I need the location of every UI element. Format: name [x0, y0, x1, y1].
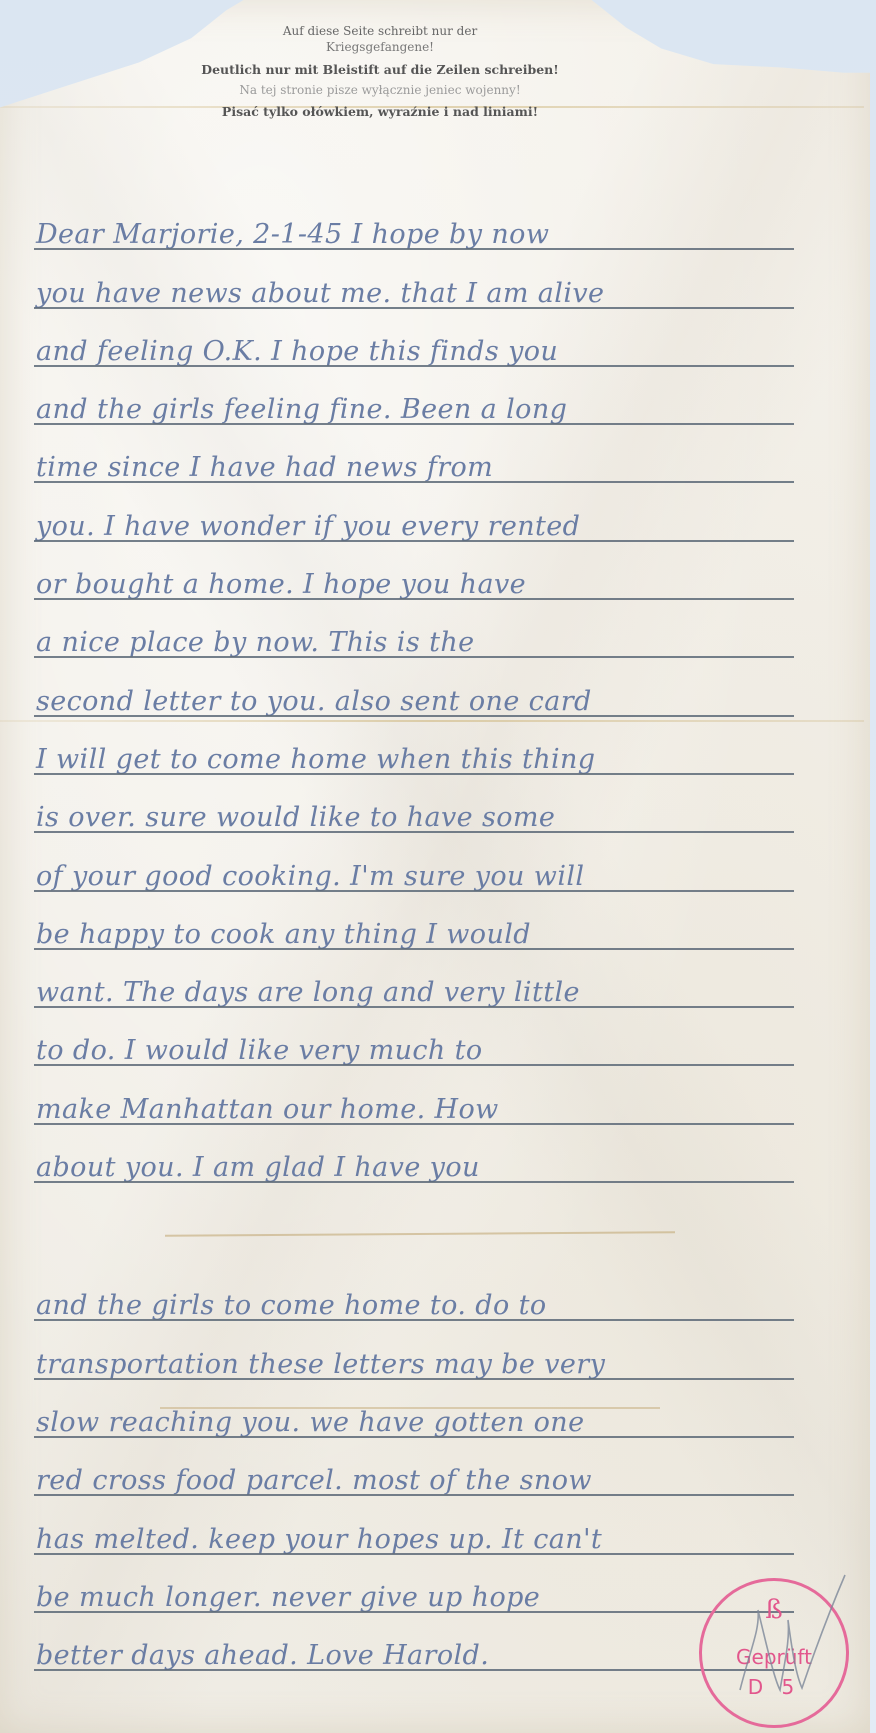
header-line-german-3: Deutlich nur mit Bleistift auf die Zeile… [150, 60, 610, 79]
header-line-german-2: Kriegsgefangene! [150, 38, 610, 57]
handwritten-letter: Dear Marjorie, 2-1-45 I hope by nowyou h… [34, 192, 794, 1671]
ruled-line [34, 1181, 794, 1183]
handwritten-text: want. The days are long and very little [36, 979, 580, 1006]
handwritten-text: better days ahead. Love Harold. [36, 1642, 489, 1669]
letter-line: and the girls to come home to. do to [34, 1263, 794, 1321]
letter-line: transportation these letters may be very [34, 1321, 794, 1379]
letter-line: be much longer. never give up hope [34, 1555, 794, 1613]
letter-line: better days ahead. Love Harold. [34, 1613, 794, 1671]
header-line-polish-2: Pisać tylko ołówkiem, wyraźnie i nad lin… [150, 102, 610, 121]
censor-stamp-text: Geprüft [702, 1645, 846, 1669]
handwritten-text: and the girls feeling fine. Been a long [36, 396, 567, 423]
handwritten-text: time since I have had news from [36, 454, 493, 481]
letter-line: of your good cooking. I'm sure you will [34, 833, 794, 891]
handwritten-text: make Manhattan our home. How [36, 1096, 499, 1123]
letter-line: a nice place by now. This is the [34, 600, 794, 658]
letter-line: to do. I would like very much to [34, 1008, 794, 1066]
letter-line: and the girls feeling fine. Been a long [34, 367, 794, 425]
letter-line: or bought a home. I hope you have [34, 542, 794, 600]
letter-line: has melted. keep your hopes up. It can't [34, 1496, 794, 1554]
handwritten-text: transportation these letters may be very [36, 1351, 605, 1378]
letter-line: and feeling O.K. I hope this finds you [34, 309, 794, 367]
handwritten-text: to do. I would like very much to [36, 1037, 483, 1064]
letter-line: you. I have wonder if you every rented [34, 483, 794, 541]
letter-line: time since I have had news from [34, 425, 794, 483]
letter-line: be happy to cook any thing I would [34, 892, 794, 950]
handwritten-text: be much longer. never give up hope [36, 1584, 540, 1611]
letter-line: you have news about me. that I am alive [34, 250, 794, 308]
printed-header: Auf diese Seite schreibt nur der Kriegsg… [150, 22, 610, 121]
handwritten-text: or bought a home. I hope you have [36, 571, 526, 598]
handwritten-text: a nice place by now. This is the [36, 629, 475, 656]
letter-line: about you. I am glad I have you [34, 1125, 794, 1183]
ruled-line [34, 1669, 794, 1671]
handwritten-text: and feeling O.K. I hope this finds you [36, 338, 558, 365]
handwritten-text: red cross food parcel. most of the snow [36, 1467, 592, 1494]
handwritten-text: is over. sure would like to have some [36, 804, 555, 831]
handwritten-text: and the girls to come home to. do to [36, 1292, 547, 1319]
handwritten-text: be happy to cook any thing I would [36, 921, 531, 948]
handwritten-text: has melted. keep your hopes up. It can't [36, 1526, 602, 1553]
handwritten-text: you have news about me. that I am alive [36, 280, 604, 307]
letter-line: slow reaching you. we have gotten one [34, 1380, 794, 1438]
handwritten-text: you. I have wonder if you every rented [36, 513, 580, 540]
blank-gap [34, 1183, 794, 1263]
letter-line: make Manhattan our home. How [34, 1066, 794, 1124]
handwritten-text: Dear Marjorie, 2-1-45 I hope by now [36, 221, 549, 248]
letter-line: second letter to you. also sent one card [34, 658, 794, 716]
letter-line: red cross food parcel. most of the snow [34, 1438, 794, 1496]
handwritten-text: about you. I am glad I have you [36, 1154, 480, 1181]
letter-line: want. The days are long and very little [34, 950, 794, 1008]
letter-paper: Auf diese Seite schreibt nur der Kriegsg… [0, 0, 870, 1733]
censor-mark: ß [702, 1595, 846, 1625]
letter-line: I will get to come home when this thing [34, 717, 794, 775]
censor-stamp: ß Geprüft D 5 [699, 1578, 849, 1728]
handwritten-text: of your good cooking. I'm sure you will [36, 863, 584, 890]
handwritten-text: I will get to come home when this thing [36, 746, 596, 773]
header-line-polish-1: Na tej stronie pisze wyłącznie jeniec wo… [150, 81, 610, 100]
censor-stamp-code: D 5 [702, 1675, 846, 1699]
handwritten-text: second letter to you. also sent one card [36, 688, 592, 715]
letter-line: is over. sure would like to have some [34, 775, 794, 833]
letter-line: Dear Marjorie, 2-1-45 I hope by now [34, 192, 794, 250]
handwritten-text: slow reaching you. we have gotten one [36, 1409, 584, 1436]
